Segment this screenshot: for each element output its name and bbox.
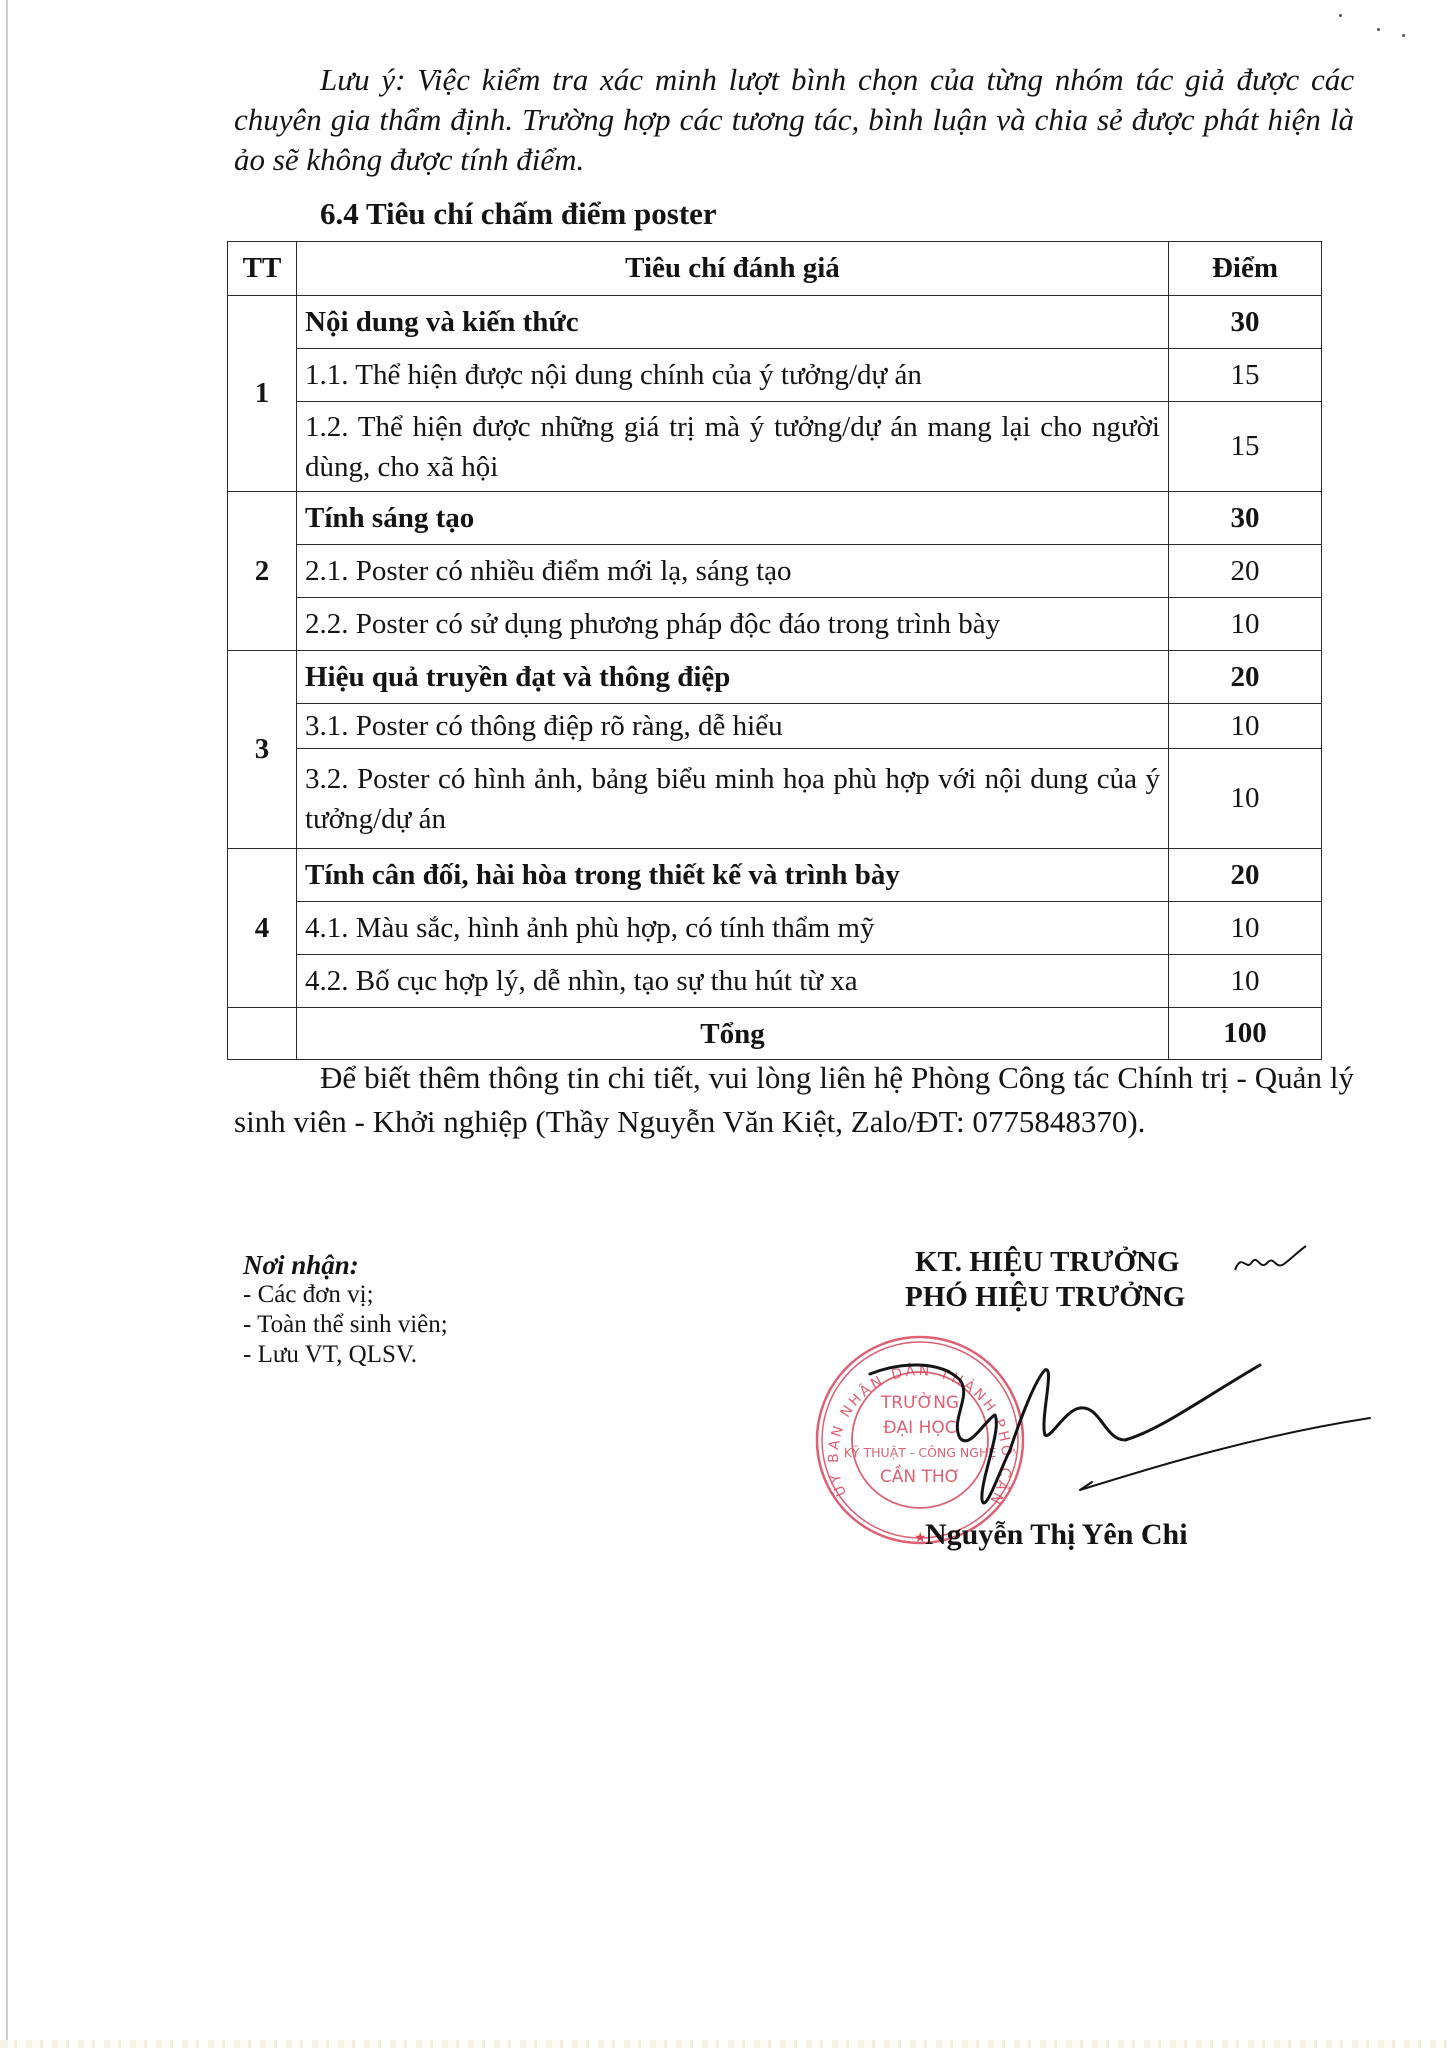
signer-name: Nguyễn Thị Yên Chi: [925, 1518, 1188, 1552]
table-row: 4.2. Bố cục hợp lý, dễ nhìn, tạo sự thu …: [228, 955, 1322, 1008]
initials-mark-icon: [1230, 1242, 1310, 1282]
header-criteria: Tiêu chí đánh giá: [297, 242, 1169, 296]
table-row: 4 Tính cân đối, hài hòa trong thiết kế v…: [228, 849, 1322, 902]
total-tt-empty: [228, 1008, 297, 1060]
criterion-item: 1.2. Thể hiện được những giá trị mà ý tư…: [297, 402, 1169, 492]
recipients-block: Nơi nhận: - Các đơn vị; - Toàn thể sinh …: [243, 1250, 448, 1370]
criterion-item: 2.2. Poster có sử dụng phương pháp độc đ…: [297, 598, 1169, 651]
criterion-heading: Tính sáng tạo: [297, 492, 1169, 545]
criterion-item: 2.1. Poster có nhiều điểm mới lạ, sáng t…: [297, 545, 1169, 598]
criterion-score: 20: [1169, 849, 1322, 902]
criterion-score: 30: [1169, 296, 1322, 349]
criterion-score: 30: [1169, 492, 1322, 545]
table-row: 3.1. Poster có thông điệp rõ ràng, dễ hi…: [228, 704, 1322, 749]
recipients-label: Nơi nhận:: [243, 1250, 448, 1280]
table-row: 3 Hiệu quả truyền đạt và thông điệp 20: [228, 651, 1322, 704]
group-number: 3: [228, 651, 297, 849]
recipients-list: - Các đơn vị; - Toàn thể sinh viên; - Lư…: [243, 1280, 448, 1370]
contact-text: Để biết thêm thông tin chi tiết, vui lòn…: [234, 1056, 1354, 1144]
handwritten-signature-icon: [860, 1340, 1380, 1540]
total-row: Tổng 100: [228, 1008, 1322, 1060]
table-row: 2.2. Poster có sử dụng phương pháp độc đ…: [228, 598, 1322, 651]
table-row: 2.1. Poster có nhiều điểm mới lạ, sáng t…: [228, 545, 1322, 598]
table-row: 1.2. Thể hiện được những giá trị mà ý tư…: [228, 402, 1322, 492]
table-header-row: TT Tiêu chí đánh giá Điểm: [228, 242, 1322, 296]
criterion-item: 4.2. Bố cục hợp lý, dễ nhìn, tạo sự thu …: [297, 955, 1169, 1008]
criterion-score: 10: [1169, 902, 1322, 955]
total-label: Tổng: [297, 1008, 1169, 1060]
criterion-score: 10: [1169, 598, 1322, 651]
criterion-score: 20: [1169, 651, 1322, 704]
table-row: 4.1. Màu sắc, hình ảnh phù hợp, có tính …: [228, 902, 1322, 955]
criterion-item: 4.1. Màu sắc, hình ảnh phù hợp, có tính …: [297, 902, 1169, 955]
recipient-item: - Các đơn vị;: [243, 1280, 448, 1310]
poster-criteria-table: TT Tiêu chí đánh giá Điểm 1 Nội dung và …: [227, 241, 1322, 1060]
table-row: 1 Nội dung và kiến thức 30: [228, 296, 1322, 349]
criterion-heading: Nội dung và kiến thức: [297, 296, 1169, 349]
criterion-score: 10: [1169, 704, 1322, 749]
criterion-item: 1.1. Thể hiện được nội dung chính của ý …: [297, 349, 1169, 402]
criterion-heading: Tính cân đối, hài hòa trong thiết kế và …: [297, 849, 1169, 902]
note-text: Lưu ý: Việc kiểm tra xác minh lượt bình …: [234, 60, 1354, 180]
criterion-item: 3.1. Poster có thông điệp rõ ràng, dễ hi…: [297, 704, 1169, 749]
contact-paragraph: Để biết thêm thông tin chi tiết, vui lòn…: [234, 1056, 1354, 1144]
table-row: 2 Tính sáng tạo 30: [228, 492, 1322, 545]
recipient-item: - Lưu VT, QLSV.: [243, 1340, 448, 1370]
group-number: 1: [228, 296, 297, 492]
note-paragraph: Lưu ý: Việc kiểm tra xác minh lượt bình …: [234, 60, 1354, 180]
scan-bottom-artifact: [0, 2040, 1447, 2048]
criterion-score: 20: [1169, 545, 1322, 598]
scan-dust-artifact: [1335, 12, 1435, 42]
criterion-item: 3.2. Poster có hình ảnh, bảng biểu minh …: [297, 749, 1169, 849]
section-title: 6.4 Tiêu chí chấm điểm poster: [320, 196, 717, 232]
table-row: 3.2. Poster có hình ảnh, bảng biểu minh …: [228, 749, 1322, 849]
scan-edge-artifact: [6, 0, 8, 2048]
header-score: Điểm: [1169, 242, 1322, 296]
signer-title-line2: PHÓ HIỆU TRƯỞNG: [895, 1280, 1315, 1315]
header-tt: TT: [228, 242, 297, 296]
criterion-score: 10: [1169, 749, 1322, 849]
recipient-item: - Toàn thể sinh viên;: [243, 1310, 448, 1340]
table-row: 1.1. Thể hiện được nội dung chính của ý …: [228, 349, 1322, 402]
total-score: 100: [1169, 1008, 1322, 1060]
criterion-score: 15: [1169, 349, 1322, 402]
criterion-score: 10: [1169, 955, 1322, 1008]
group-number: 4: [228, 849, 297, 1008]
criterion-heading: Hiệu quả truyền đạt và thông điệp: [297, 651, 1169, 704]
group-number: 2: [228, 492, 297, 651]
criterion-score: 15: [1169, 402, 1322, 492]
